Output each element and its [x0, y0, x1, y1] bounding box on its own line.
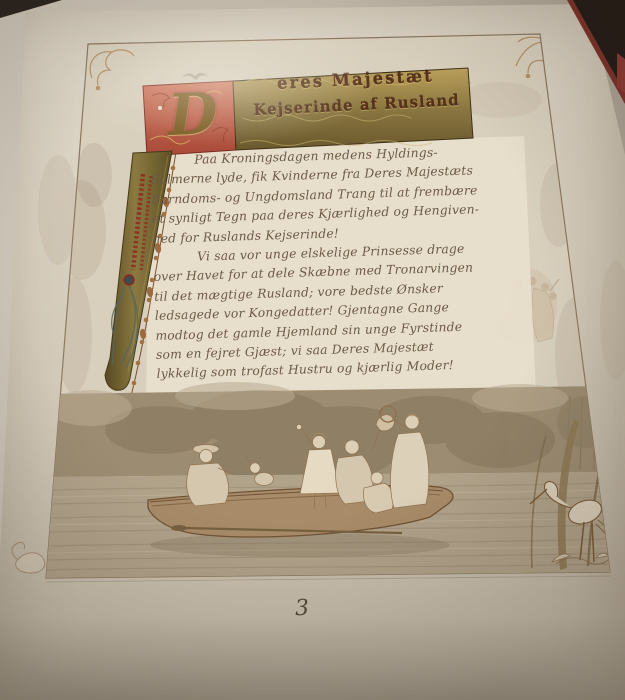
handwritten-text: Paa Kroningsdagen medens Hyldings- Salme…	[150, 141, 537, 385]
swan-sketch	[12, 542, 45, 573]
manuscript-photo: D eres Majestæt Kejserinde af Rusland Pa…	[0, 0, 625, 700]
frame-red-sliver	[617, 53, 625, 93]
page-number: 3	[294, 596, 309, 622]
boat-scene-illustration	[46, 382, 613, 578]
light-haze	[60, 16, 380, 146]
